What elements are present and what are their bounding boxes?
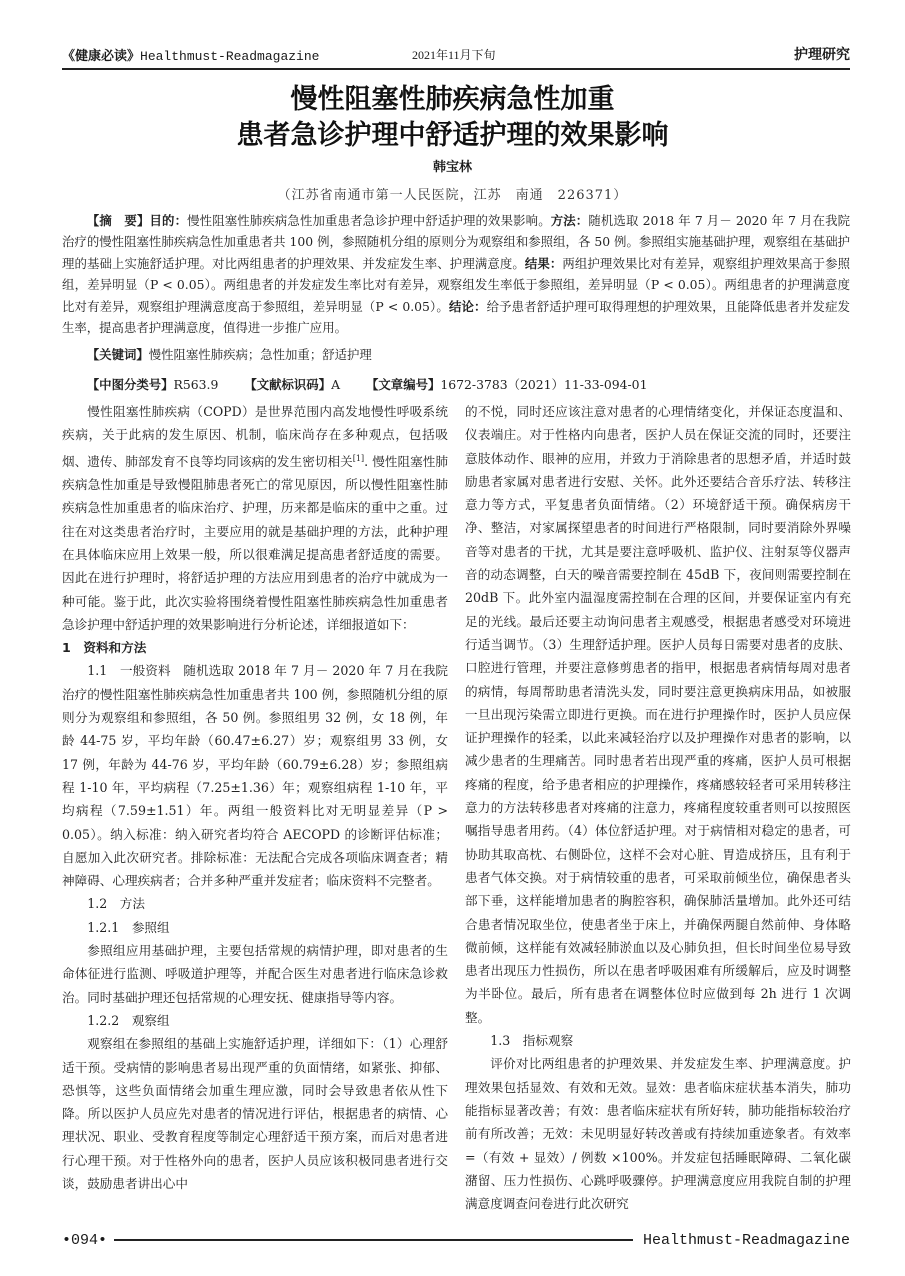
title-line-1: 慢性阻塞性肺疾病急性加重 bbox=[0, 82, 905, 118]
general-data-paragraph: 1.1 一般资料 随机选取 2018 年 7 月－ 2020 年 7 月在我院治… bbox=[62, 659, 448, 892]
section-heading-1-2-2: 1.2.2 观察组 bbox=[62, 1009, 448, 1032]
title-line-2: 患者急诊护理中舒适护理的效果影响 bbox=[0, 118, 905, 154]
article-number-value: 1672-3783（2021）11-33-094-01 bbox=[440, 377, 647, 392]
section-name: 护理研究 bbox=[794, 44, 850, 64]
reference-group-paragraph: 参照组应用基础护理，主要包括常规的病情护理，即对患者的生命体征进行监测、呼吸道护… bbox=[62, 939, 448, 1009]
citation-ref: [1] bbox=[353, 454, 364, 463]
doc-code-label: 【文献标识码】 bbox=[244, 377, 331, 392]
section-heading-1-2: 1.2 方法 bbox=[62, 892, 448, 915]
section-heading-1-3: 1.3 指标观察 bbox=[465, 1029, 851, 1052]
keywords-value: 慢性阻塞性肺疾病；急性加重；舒适护理 bbox=[149, 347, 372, 362]
affiliation: （江苏省南通市第一人民医院，江苏 南通 226371） bbox=[0, 184, 905, 203]
observation-group-continued: 的不悦，同时还应该注意对患者的心理情绪变化，并保证态度温和、仪表端庄。对于性格内… bbox=[465, 400, 851, 1029]
article-number-label: 【文章编号】 bbox=[366, 377, 440, 392]
abstract-label: 【摘 要】 bbox=[87, 213, 150, 228]
journal-name-cn: 《健康必读》 bbox=[62, 45, 140, 64]
section-heading-1-2-1: 1.2.1 参照组 bbox=[62, 916, 448, 939]
footer-magazine-name: Healthmust-Readmagazine bbox=[643, 1232, 850, 1249]
purpose-label: 目的： bbox=[150, 213, 188, 228]
body-column-right: 的不悦，同时还应该注意对患者的心理情绪变化，并保证态度温和、仪表端庄。对于性格内… bbox=[465, 400, 851, 1215]
article-meta: 【中图分类号】R563.9【文献标识码】A【文章编号】1672-3783（202… bbox=[62, 375, 850, 393]
method-label: 方法： bbox=[551, 213, 589, 228]
page-number: •094• bbox=[62, 1232, 114, 1249]
author: 韩宝林 bbox=[0, 156, 905, 175]
clc-label: 【中图分类号】 bbox=[87, 377, 174, 392]
footer-divider bbox=[114, 1239, 633, 1241]
keywords-label: 【关键词】 bbox=[87, 347, 149, 362]
issue-date: 2021年11月下旬 bbox=[412, 46, 496, 63]
article-title: 慢性阻塞性肺疾病急性加重 患者急诊护理中舒适护理的效果影响 bbox=[0, 82, 905, 154]
indicators-paragraph: 评价对比两组患者的护理效果、并发症发生率、护理满意度。护理效果包括显效、有效和无… bbox=[465, 1052, 851, 1215]
section-heading-1: 1 资料和方法 bbox=[62, 636, 448, 659]
header-divider bbox=[62, 68, 850, 70]
body-column-left: 慢性阻塞性肺疾病（COPD）是世界范围内高发地慢性呼吸系统疾病，关于此病的发生原… bbox=[62, 400, 448, 1195]
page-footer: •094• Healthmust-Readmagazine bbox=[62, 1230, 850, 1250]
keywords: 【关键词】慢性阻塞性肺疾病；急性加重；舒适护理 bbox=[62, 345, 850, 363]
observation-group-paragraph: 观察组在参照组的基础上实施舒适护理，详细如下：（1）心理舒适干预。受病情的影响患… bbox=[62, 1032, 448, 1195]
conclusion-label: 结论： bbox=[449, 299, 487, 314]
doc-code-value: A bbox=[331, 377, 340, 392]
intro-paragraph: 慢性阻塞性肺疾病（COPD）是世界范围内高发地慢性呼吸系统疾病，关于此病的发生原… bbox=[62, 400, 448, 636]
result-label: 结果： bbox=[525, 256, 563, 271]
running-header: 《健康必读》 Healthmust-Readmagazine 2021年11月下… bbox=[62, 44, 850, 64]
clc-value: R563.9 bbox=[174, 377, 219, 392]
abstract: 【摘 要】目的：慢性阻塞性肺疾病急性加重患者急诊护理中舒适护理的效果影响。方法：… bbox=[62, 210, 850, 338]
journal-name: 《健康必读》 Healthmust-Readmagazine bbox=[62, 45, 319, 64]
journal-name-en: Healthmust-Readmagazine bbox=[140, 49, 319, 64]
purpose-text: 慢性阻塞性肺疾病急性加重患者急诊护理中舒适护理的效果影响。 bbox=[187, 213, 551, 228]
